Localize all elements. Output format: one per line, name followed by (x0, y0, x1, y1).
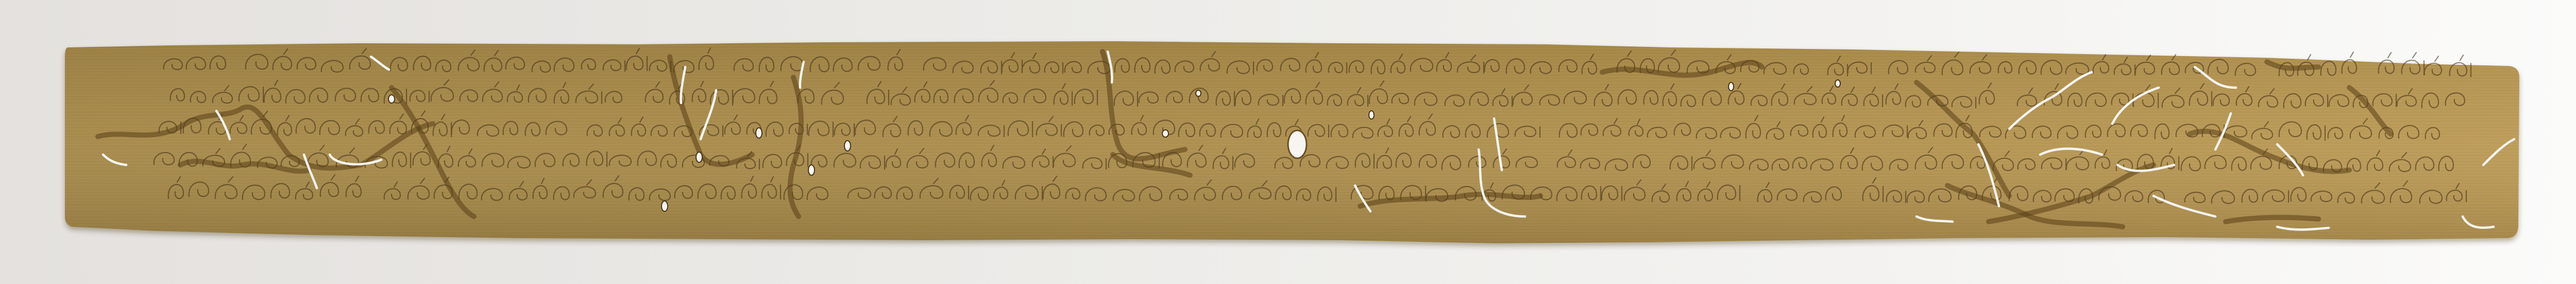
palm-leaf-manuscript-photo (0, 0, 2576, 284)
string-hole (1288, 130, 1307, 158)
